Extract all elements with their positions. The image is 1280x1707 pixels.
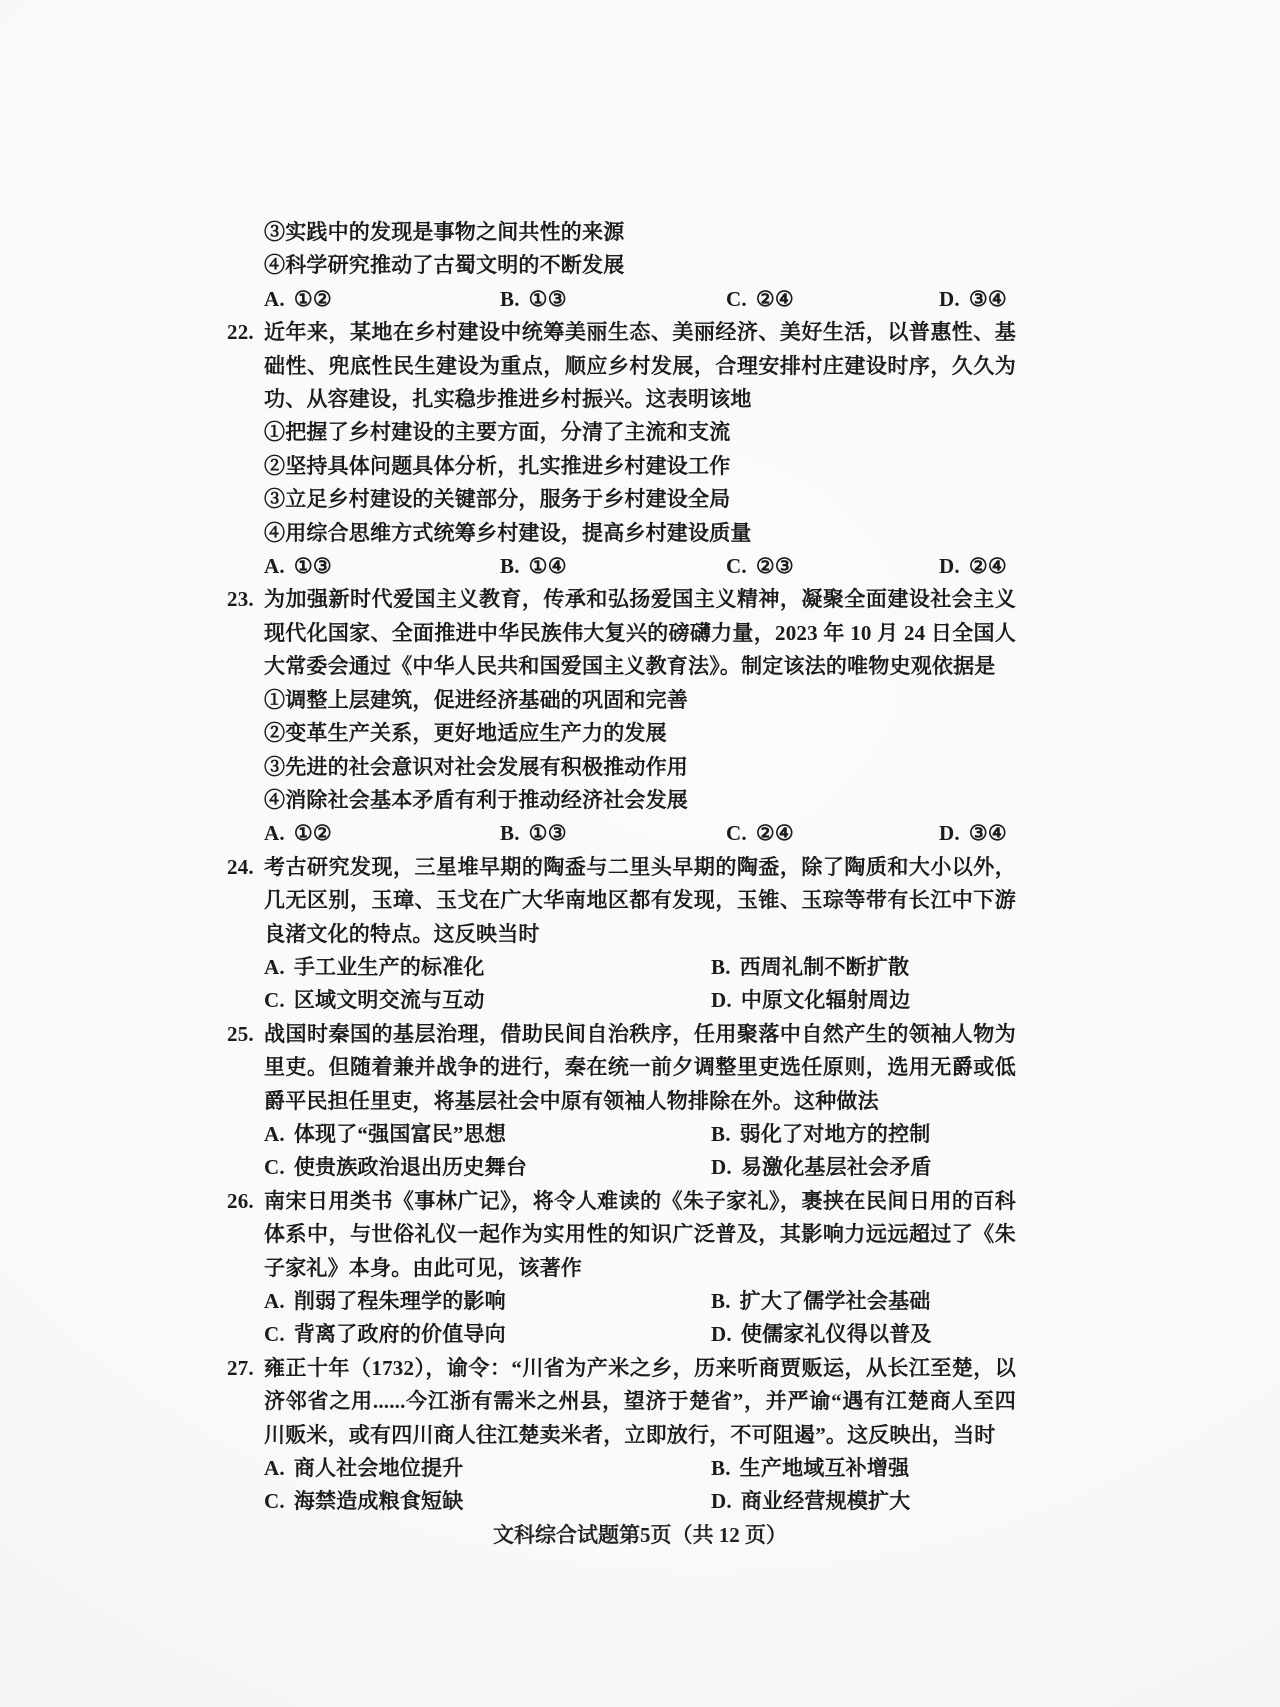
choice-d: D.商业经营规模扩大 — [711, 1485, 1016, 1518]
question-number: 23. — [227, 583, 254, 616]
choice-a: A.商人社会地位提升 — [264, 1452, 711, 1485]
choice-label: A. — [264, 821, 285, 845]
choice-text: ③④ — [969, 287, 1007, 311]
choice-a: A.①③ — [264, 550, 500, 583]
choices-question-23: A.①② B.①③ C.②④ D.③④ — [264, 817, 1016, 850]
choice-a: A.手工业生产的标准化 — [264, 951, 711, 984]
choice-text: 区域文明交流与互动 — [294, 988, 485, 1012]
choice-label: C. — [264, 1155, 285, 1179]
choice-d: D.中原文化辐射周边 — [711, 984, 1016, 1017]
choice-b: B.①③ — [500, 817, 726, 850]
choice-text: ①② — [294, 287, 332, 311]
choice-label: D. — [711, 1155, 732, 1179]
choice-d: D.③④ — [939, 817, 1016, 850]
choice-label: D. — [711, 1489, 732, 1513]
choice-text: 中原文化辐射周边 — [741, 988, 911, 1012]
choice-c: C.使贵族政治退出历史舞台 — [264, 1151, 711, 1184]
option-item-1: ①把握了乡村建设的主要方面，分清了主流和支流 — [264, 416, 1016, 449]
choice-text: 削弱了程朱理学的影响 — [294, 1289, 506, 1313]
option-item-4: ④用综合思维方式统筹乡村建设，提高乡村建设质量 — [264, 517, 1016, 550]
choices-question-21: A.①② B.①③ C.②④ D.③④ — [264, 283, 1016, 316]
choice-text: 易激化基层社会矛盾 — [741, 1155, 932, 1179]
question-26: 26. 南宋日用类书《事林广记》，将令人难读的《朱子家礼》，裹挟在民间日用的百科… — [264, 1185, 1016, 1352]
choice-label: A. — [264, 955, 285, 979]
choice-text: 商业经营规模扩大 — [741, 1489, 911, 1513]
choice-label: A. — [264, 287, 285, 311]
option-item-4: ④科学研究推动了古蜀文明的不断发展 — [264, 249, 1016, 282]
choice-text: 商人社会地位提升 — [294, 1456, 464, 1480]
choice-text: ②③ — [756, 554, 794, 578]
question-stem: 为加强新时代爱国主义教育，传承和弘扬爱国主义精神，凝聚全面建设社会主义现代化国家… — [264, 583, 1016, 683]
choice-label: B. — [500, 554, 520, 578]
choice-label: B. — [711, 955, 731, 979]
choice-label: D. — [711, 988, 732, 1012]
choice-b: B.西周礼制不断扩散 — [711, 951, 1016, 984]
option-item-3: ③立足乡村建设的关键部分，服务于乡村建设全局 — [264, 483, 1016, 516]
option-item-4: ④消除社会基本矛盾有利于推动经济社会发展 — [264, 784, 1016, 817]
choice-d: D.②④ — [939, 550, 1016, 583]
choice-c: C.②③ — [726, 550, 939, 583]
choice-label: C. — [726, 287, 747, 311]
choice-label: A. — [264, 1456, 285, 1480]
choice-c: C.②④ — [726, 283, 939, 316]
choices-question-27: A.商人社会地位提升 B.生产地域互补增强 C.海禁造成粮食短缺 D.商业经营规… — [264, 1452, 1016, 1519]
choice-label: C. — [264, 1489, 285, 1513]
question-number: 24. — [227, 851, 254, 884]
choice-label: D. — [939, 554, 960, 578]
exam-page: ③实践中的发现是事物之间共性的来源 ④科学研究推动了古蜀文明的不断发展 A.①②… — [0, 0, 1280, 1707]
choice-label: A. — [264, 1289, 285, 1313]
question-25: 25. 战国时秦国的基层治理，借助民间自治秩序，任用聚落中自然产生的领袖人物为里… — [264, 1018, 1016, 1185]
option-item-2: ②变革生产关系，更好地适应生产力的发展 — [264, 717, 1016, 750]
question-27: 27. 雍正十年（1732），谕令：“川省为产米之乡，历来听商贾贩运，从长江至楚… — [264, 1352, 1016, 1519]
question-21-fragment: ③实践中的发现是事物之间共性的来源 ④科学研究推动了古蜀文明的不断发展 A.①②… — [264, 216, 1016, 316]
choice-label: A. — [264, 1122, 285, 1146]
choice-b: B.生产地域互补增强 — [711, 1452, 1016, 1485]
choice-text: ①④ — [529, 554, 567, 578]
question-24: 24. 考古研究发现，三星堆早期的陶盉与二里头早期的陶盉，除了陶质和大小以外，几… — [264, 851, 1016, 1018]
choice-label: B. — [711, 1289, 731, 1313]
choice-text: 使儒家礼仪得以普及 — [741, 1322, 932, 1346]
choice-label: A. — [264, 554, 285, 578]
choice-text: ①② — [294, 821, 332, 845]
question-stem: 雍正十年（1732），谕令：“川省为产米之乡，历来听商贾贩运，从长江至楚，以济邻… — [264, 1352, 1016, 1452]
question-stem: 近年来，某地在乡村建设中统筹美丽生态、美丽经济、美好生活，以普惠性、基础性、兜底… — [264, 316, 1016, 416]
choice-text: 扩大了儒学社会基础 — [740, 1289, 931, 1313]
choice-text: 手工业生产的标准化 — [294, 955, 485, 979]
choices-question-25: A.体现了“强国富民”思想 B.弱化了对地方的控制 C.使贵族政治退出历史舞台 … — [264, 1118, 1016, 1185]
choice-text: 体现了“强国富民”思想 — [294, 1122, 506, 1146]
choice-text: 弱化了对地方的控制 — [740, 1122, 931, 1146]
question-22: 22. 近年来，某地在乡村建设中统筹美丽生态、美丽经济、美好生活，以普惠性、基础… — [264, 316, 1016, 583]
option-item-3: ③实践中的发现是事物之间共性的来源 — [264, 216, 1016, 249]
choices-question-24: A.手工业生产的标准化 B.西周礼制不断扩散 C.区域文明交流与互动 D.中原文… — [264, 951, 1016, 1018]
choice-c: C.②④ — [726, 817, 939, 850]
choice-b: B.①④ — [500, 550, 726, 583]
option-item-1: ①调整上层建筑，促进经济基础的巩固和完善 — [264, 684, 1016, 717]
option-item-3: ③先进的社会意识对社会发展有积极推动作用 — [264, 751, 1016, 784]
choice-label: D. — [939, 821, 960, 845]
question-number: 25. — [227, 1018, 254, 1051]
choice-c: C.海禁造成粮食短缺 — [264, 1485, 711, 1518]
choice-d: D.使儒家礼仪得以普及 — [711, 1318, 1016, 1351]
question-23: 23. 为加强新时代爱国主义教育，传承和弘扬爱国主义精神，凝聚全面建设社会主义现… — [264, 583, 1016, 850]
choices-question-26: A.削弱了程朱理学的影响 B.扩大了儒学社会基础 C.背离了政府的价值导向 D.… — [264, 1285, 1016, 1352]
page-footer: 文科综合试题第5页（共 12 页） — [0, 1519, 1280, 1552]
choice-text: 海禁造成粮食短缺 — [294, 1489, 464, 1513]
choice-text: ③④ — [969, 821, 1007, 845]
question-number: 27. — [227, 1352, 254, 1385]
exam-content: ③实践中的发现是事物之间共性的来源 ④科学研究推动了古蜀文明的不断发展 A.①②… — [264, 216, 1016, 1519]
choice-label: D. — [711, 1322, 732, 1346]
choice-d: D.③④ — [939, 283, 1016, 316]
choice-d: D.易激化基层社会矛盾 — [711, 1151, 1016, 1184]
choice-label: C. — [264, 1322, 285, 1346]
choice-text: ①③ — [294, 554, 332, 578]
question-stem: 战国时秦国的基层治理，借助民间自治秩序，任用聚落中自然产生的领袖人物为里吏。但随… — [264, 1018, 1016, 1118]
choice-a: A.削弱了程朱理学的影响 — [264, 1285, 711, 1318]
choice-label: B. — [500, 821, 520, 845]
question-stem: 考古研究发现，三星堆早期的陶盉与二里头早期的陶盉，除了陶质和大小以外，几无区别，… — [264, 851, 1016, 951]
choice-label: D. — [939, 287, 960, 311]
choice-text: ②④ — [969, 554, 1007, 578]
choice-text: ②④ — [756, 821, 794, 845]
choice-c: C.区域文明交流与互动 — [264, 984, 711, 1017]
choice-b: B.扩大了儒学社会基础 — [711, 1285, 1016, 1318]
choice-label: C. — [726, 554, 747, 578]
question-stem: 南宋日用类书《事林广记》，将令人难读的《朱子家礼》，裹挟在民间日用的百科体系中，… — [264, 1185, 1016, 1285]
choice-a: A.体现了“强国富民”思想 — [264, 1118, 711, 1151]
choice-text: ②④ — [756, 287, 794, 311]
choice-text: 生产地域互补增强 — [740, 1456, 910, 1480]
choice-a: A.①② — [264, 817, 500, 850]
choice-text: 背离了政府的价值导向 — [294, 1322, 506, 1346]
choice-b: B.弱化了对地方的控制 — [711, 1118, 1016, 1151]
choices-question-22: A.①③ B.①④ C.②③ D.②④ — [264, 550, 1016, 583]
choice-text: 使贵族政治退出历史舞台 — [294, 1155, 527, 1179]
choice-text: ①③ — [529, 821, 567, 845]
choice-label: C. — [264, 988, 285, 1012]
choice-label: B. — [711, 1456, 731, 1480]
choice-a: A.①② — [264, 283, 500, 316]
choice-c: C.背离了政府的价值导向 — [264, 1318, 711, 1351]
choice-label: B. — [500, 287, 520, 311]
choice-text: ①③ — [529, 287, 567, 311]
question-number: 22. — [227, 316, 254, 349]
question-number: 26. — [227, 1185, 254, 1218]
choice-label: C. — [726, 821, 747, 845]
option-item-2: ②坚持具体问题具体分析，扎实推进乡村建设工作 — [264, 450, 1016, 483]
choice-b: B.①③ — [500, 283, 726, 316]
choice-text: 西周礼制不断扩散 — [740, 955, 910, 979]
choice-label: B. — [711, 1122, 731, 1146]
